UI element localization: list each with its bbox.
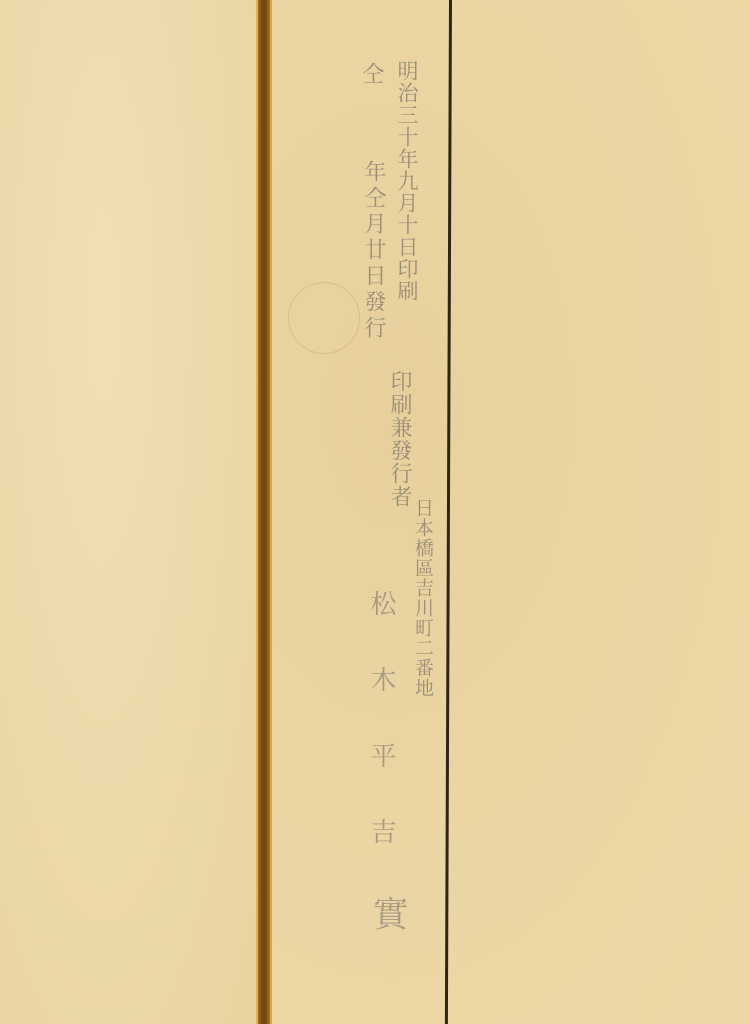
- seal-mark: 實: [362, 895, 413, 931]
- issued-date: 年仝月廿日發行: [362, 160, 384, 342]
- left-page: [0, 0, 257, 1024]
- publisher-address: 日本橋區吉川町二番地: [413, 498, 432, 698]
- faint-stamp-outline: [288, 282, 360, 354]
- publisher-name: 松木平吉: [368, 590, 394, 894]
- printed-date: 明治三十年九月十日印刷: [396, 60, 417, 302]
- gilt-page-edge: [256, 0, 272, 1024]
- colophon-page: [272, 0, 750, 1024]
- printer-publisher-label: 印刷兼發行者: [388, 370, 410, 508]
- same-mark: 仝: [360, 62, 382, 85]
